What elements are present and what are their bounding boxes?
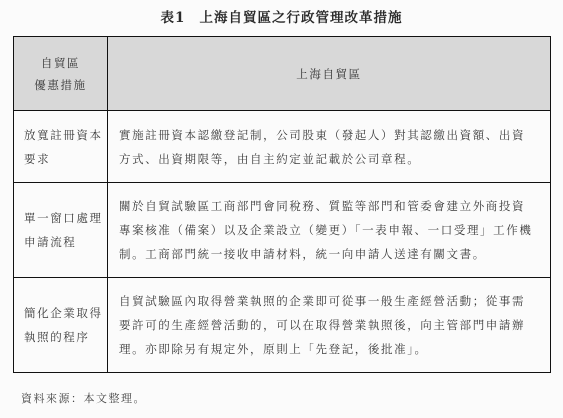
header-measures-line1: 自貿區	[15, 52, 106, 74]
row-content: 實施註冊資本認繳登記制，公司股東（發起人）對其認繳出資額、出資方式、出資期限等，…	[108, 111, 551, 183]
row-content: 自貿試驗區內取得營業執照的企業即可從事一般生產經營活動；從事需要許可的生產經營活…	[108, 278, 551, 373]
table-title-text: 上海自貿區之行政管理改革措施	[199, 10, 402, 26]
header-measures: 自貿區 優惠措施	[14, 37, 108, 111]
table-row: 單一窗口處理申請流程 關於自貿試驗區工商部門會同稅務、質監等部門和管委會建立外商…	[14, 183, 551, 278]
reform-measures-table: 自貿區 優惠措施 上海自貿區 放寬註冊資本要求 實施註冊資本認繳登記制，公司股東…	[13, 36, 551, 373]
row-label: 簡化企業取得執照的程序	[14, 278, 108, 373]
table-row: 簡化企業取得執照的程序 自貿試驗區內取得營業執照的企業即可從事一般生產經營活動；…	[14, 278, 551, 373]
row-label: 單一窗口處理申請流程	[14, 183, 108, 278]
header-shanghai-ftz: 上海自貿區	[108, 37, 551, 111]
table-header-row: 自貿區 優惠措施 上海自貿區	[14, 37, 551, 111]
row-label: 放寬註冊資本要求	[14, 111, 108, 183]
table-number: 表1	[161, 10, 186, 26]
table-title: 表1上海自貿區之行政管理改革措施	[0, 6, 563, 26]
table-row: 放寬註冊資本要求 實施註冊資本認繳登記制，公司股東（發起人）對其認繳出資額、出資…	[14, 111, 551, 183]
header-measures-line2: 優惠措施	[15, 74, 106, 96]
source-note: 資料來源：本文整理。	[21, 390, 146, 406]
row-content: 關於自貿試驗區工商部門會同稅務、質監等部門和管委會建立外商投資專案核准（備案）以…	[108, 183, 551, 278]
